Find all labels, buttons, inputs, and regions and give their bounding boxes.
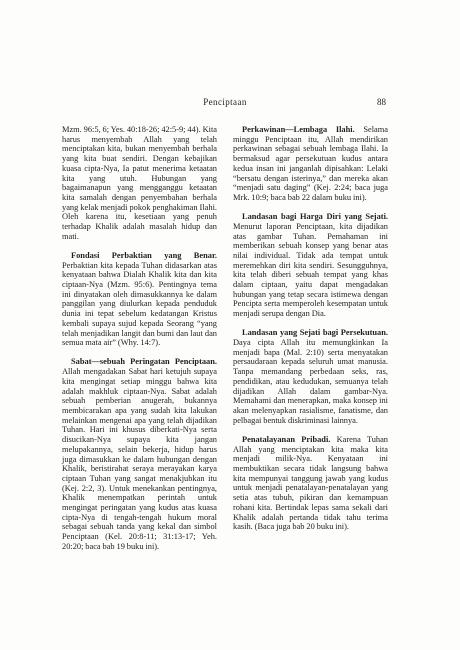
paragraph: Perkawinan—Lembaga Ilahi. Selama minggu … [233,125,388,203]
paragraph-lead: Landasan bagi Harga Diri yang Sejati. [242,212,388,221]
paragraph: Fondasi Perbaktian yang Benar. Perbaktia… [62,251,217,348]
paragraph-lead: Penatalayanan Pribadi. [242,435,330,444]
paragraph-text: Mzm. 96:5, 6; Yes. 40:18-26; 42:5-9; 44)… [62,125,217,241]
paragraph-text: Menurut laporan Penciptaan, kita dijadik… [233,222,388,318]
page-number: 88 [377,97,386,107]
running-head: Penciptaan 88 [62,97,388,110]
paragraph: Landasan bagi Harga Diri yang Sejati. Me… [233,212,388,319]
paragraph-lead: Landasan yang Sejati bagi Persekutuan. [242,328,388,337]
paragraph: Mzm. 96:5, 6; Yes. 40:18-26; 42:5-9; 44)… [62,125,217,241]
paragraph-text: Daya cipta Allah itu memungkinkan Ia men… [233,338,388,425]
page-title: Penciptaan [62,97,388,107]
paragraph-lead: Fondasi Perbaktian yang Benar. [71,251,217,260]
paragraph-text: Selama minggu Penciptaan itu, Allah mend… [233,125,388,202]
paragraph-text: Allah mengadakan Sabat hari ketujuh supa… [62,367,217,551]
paragraph-text: Karena Tuhan Allah yang menciptakan kita… [233,435,388,531]
paragraph: Landasan yang Sejati bagi Persekutuan. D… [233,328,388,425]
left-column: Mzm. 96:5, 6; Yes. 40:18-26; 42:5-9; 44)… [62,125,217,552]
scanned-book-page: Penciptaan 88 Mzm. 96:5, 6; Yes. 40:18-2… [0,0,460,650]
paragraph: Sabat—sebuah Peringatan Penciptaan. Alla… [62,357,217,551]
right-column: Perkawinan—Lembaga Ilahi. Selama minggu … [233,125,388,552]
text-columns: Mzm. 96:5, 6; Yes. 40:18-26; 42:5-9; 44)… [62,125,388,552]
paragraph-lead: Sabat—sebuah Peringatan Penciptaan. [71,357,217,366]
paragraph: Penatalayanan Pribadi. Karena Tuhan Alla… [233,435,388,532]
paragraph-text: Perbaktian kita kepada Tuhan didasarkan … [62,261,217,348]
paragraph-lead: Perkawinan—Lembaga Ilahi. [242,125,355,134]
